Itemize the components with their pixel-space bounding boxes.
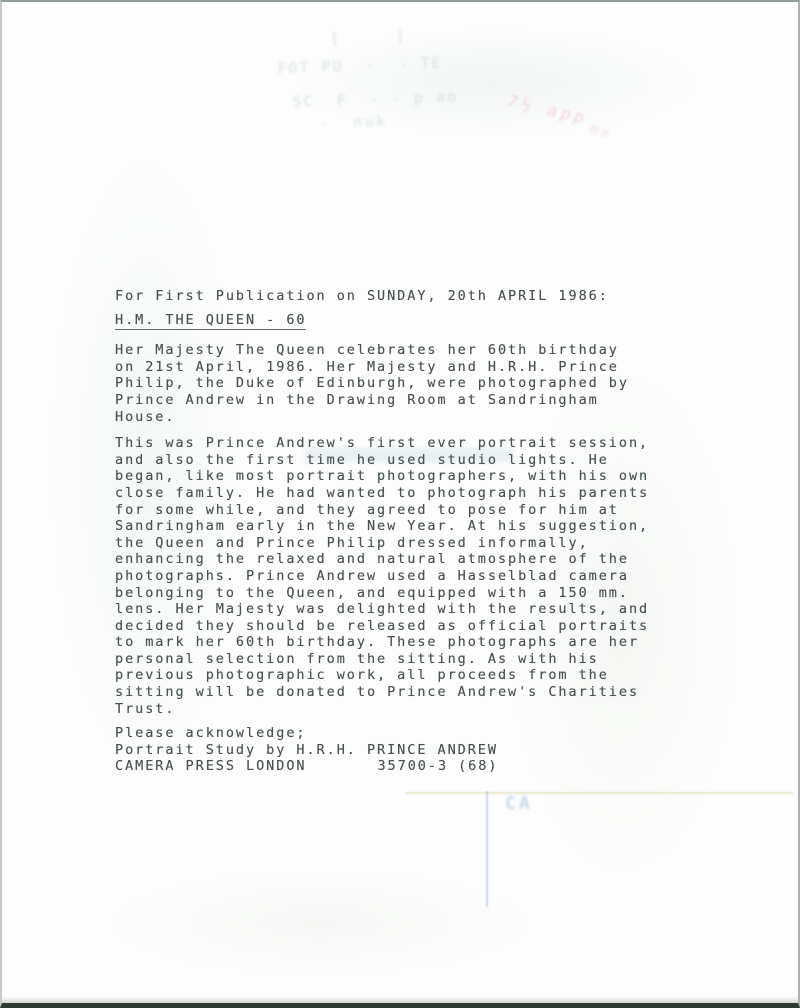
stamp-line: [ ] xyxy=(330,27,409,48)
handwritten-note: 7½ app xyxy=(506,91,590,128)
release-paragraph-2: This was Prince Andrew's first ever port… xyxy=(115,435,695,717)
release-paragraph-1: Her Majesty The Queen celebrates her 60t… xyxy=(115,342,695,425)
press-release-text: For First Publication on SUNDAY, 20th AP… xyxy=(115,288,695,775)
scanned-sheet: [ ] FOT PU - - TE SC F - - p ao - nuk 7½… xyxy=(0,0,800,1008)
credit-line: Portrait Study by H.R.H. PRINCE ANDREW xyxy=(115,742,695,759)
acknowledge-line: Please acknowledge; xyxy=(115,725,695,742)
reference-number: 35700-3 (68) xyxy=(377,758,498,774)
showthrough-line-horizontal xyxy=(405,792,793,794)
showthrough-text: CA xyxy=(505,793,533,814)
agency-line: CAMERA PRESS LONDON35700-3 (68) xyxy=(115,758,695,775)
handwritten-note-tail: mx xyxy=(588,121,614,143)
agency-name: CAMERA PRESS LONDON xyxy=(115,758,306,774)
release-heading: For First Publication on SUNDAY, 20th AP… xyxy=(115,288,695,305)
release-footer: Please acknowledge; Portrait Study by H.… xyxy=(115,725,695,775)
release-title: H.M. THE QUEEN - 60 xyxy=(115,312,306,331)
faded-stamp: [ ] FOT PU - - TE SC F - - p ao - nuk xyxy=(268,24,492,146)
release-title-row: H.M. THE QUEEN - 60 xyxy=(115,312,695,331)
stamp-line: SC F - - p ao xyxy=(292,87,458,111)
stamp-line: FOT PU - - TE xyxy=(277,54,443,78)
showthrough-line-vertical xyxy=(486,791,488,907)
stamp-line: - nuk xyxy=(319,114,388,132)
